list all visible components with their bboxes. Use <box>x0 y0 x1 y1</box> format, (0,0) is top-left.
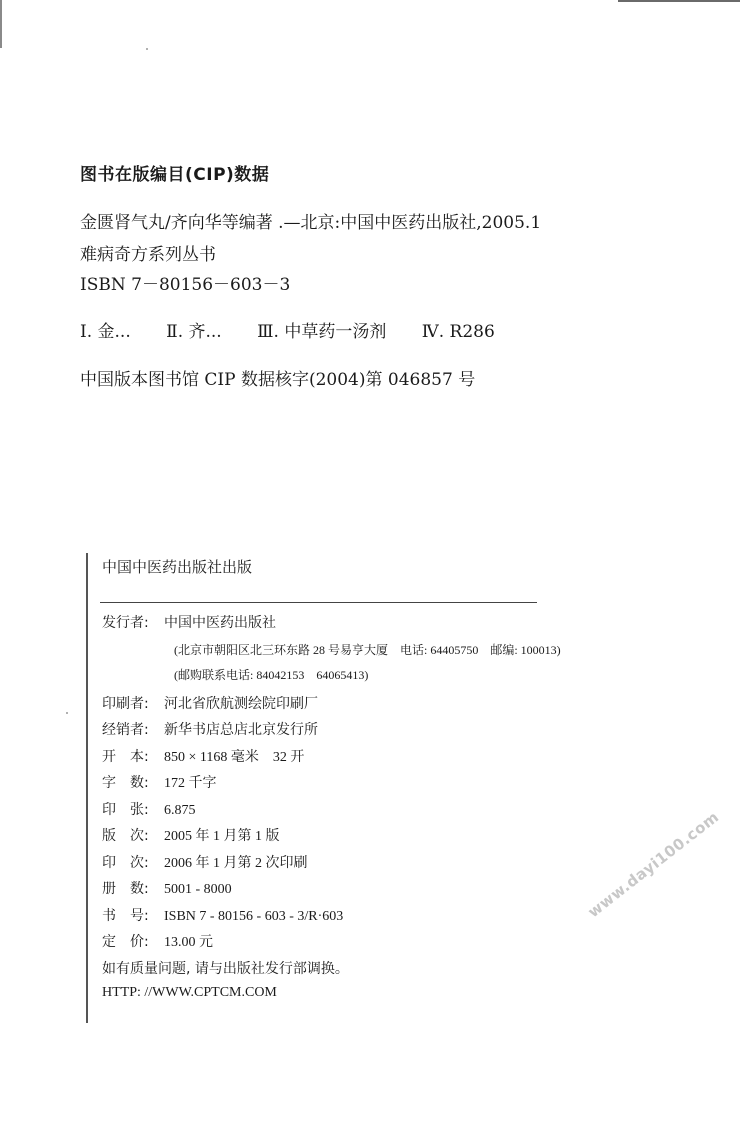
colophon-row-format: 开 本:850 × 1168 毫米 32 开 <box>102 746 304 766</box>
colophon-row-price: 定 价:13.00 元 <box>102 931 213 951</box>
row-value: 中国中医药出版社 <box>164 615 276 631</box>
row-label: 印 张: <box>102 799 164 819</box>
cip-classification: Ⅰ. 金... Ⅱ. 齐... Ⅲ. 中草药一汤剂 Ⅳ. R286 <box>80 317 495 342</box>
colophon-row-sheets: 印 张:6.875 <box>102 799 196 819</box>
divider <box>100 602 537 603</box>
cip-record-number: 中国版本图书馆 CIP 数据核字(2004)第 046857 号 <box>80 365 475 390</box>
row-value: 5001 - 8000 <box>164 882 232 897</box>
quality-notice: 如有质量问题, 请与出版社发行部调换。 <box>102 958 349 978</box>
colophon-block: 中国中医药出版社出版 发行者:中国中医药出版社 (北京市朝阳区北三环东路 28 … <box>86 553 708 1023</box>
classification-item: Ⅱ. 齐... <box>166 322 222 342</box>
scan-speck <box>66 712 68 714</box>
classification-item: Ⅲ. 中草药一汤剂 <box>257 322 386 342</box>
cip-heading: 图书在版编目(CIP)数据 <box>80 160 269 185</box>
row-value: 新华书店总店北京发行所 <box>164 722 318 738</box>
row-label: 印刷者: <box>102 693 164 713</box>
colophon-row-book-number: 书 号:ISBN 7 - 80156 - 603 - 3/R·603 <box>102 905 343 925</box>
row-label: 印 次: <box>102 852 164 872</box>
row-label: 发行者: <box>102 612 164 632</box>
classification-item: Ⅳ. R286 <box>422 322 495 342</box>
row-value: 13.00 元 <box>164 935 213 950</box>
distributor-mail-order: (邮购联系电话: 84042153 64065413) <box>174 666 368 683</box>
colophon-row-edition: 版 次:2005 年 1 月第 1 版 <box>102 825 280 845</box>
colophon-row-word-count: 字 数:172 千字 <box>102 772 217 792</box>
page-edge-top <box>618 0 740 2</box>
row-label: 开 本: <box>102 746 164 766</box>
row-value: 6.875 <box>164 803 196 818</box>
row-value: ISBN 7 - 80156 - 603 - 3/R·603 <box>164 909 343 924</box>
colophon-row-print-run: 册 数:5001 - 8000 <box>102 878 232 898</box>
row-label: 字 数: <box>102 772 164 792</box>
row-label: 册 数: <box>102 878 164 898</box>
colophon-row-printer: 印刷者:河北省欣航测绘院印刷厂 <box>102 693 318 713</box>
cip-bibliographic-line: 金匮肾气丸/齐向华等编著 .—北京:中国中医药出版社,2005.1 <box>80 208 541 233</box>
row-value: 河北省欣航测绘院印刷厂 <box>164 696 318 712</box>
scan-speck <box>146 48 148 50</box>
colophon-row-printing: 印 次:2006 年 1 月第 2 次印刷 <box>102 852 308 872</box>
page-edge-left <box>0 0 2 48</box>
colophon-row-seller: 经销者:新华书店总店北京发行所 <box>102 719 318 739</box>
colophon-row-distributor: 发行者:中国中医药出版社 <box>102 612 276 632</box>
cip-isbn: ISBN 7－80156－603－3 <box>80 270 290 295</box>
row-label: 定 价: <box>102 931 164 951</box>
row-value: 2005 年 1 月第 1 版 <box>164 829 280 844</box>
row-value: 850 × 1168 毫米 32 开 <box>164 750 304 765</box>
distributor-address: (北京市朝阳区北三环东路 28 号易亨大厦 电话: 64405750 邮编: 1… <box>174 641 561 658</box>
classification-item: Ⅰ. 金... <box>80 322 131 342</box>
row-label: 经销者: <box>102 719 164 739</box>
row-value: 2006 年 1 月第 2 次印刷 <box>164 856 308 871</box>
row-label: 书 号: <box>102 905 164 925</box>
cip-series: 难病奇方系列丛书 <box>80 240 216 265</box>
row-value: 172 千字 <box>164 776 217 791</box>
row-label: 版 次: <box>102 825 164 845</box>
publisher-url: HTTP: //WWW.CPTCM.COM <box>102 985 277 1001</box>
publisher-line: 中国中医药出版社出版 <box>102 556 252 577</box>
